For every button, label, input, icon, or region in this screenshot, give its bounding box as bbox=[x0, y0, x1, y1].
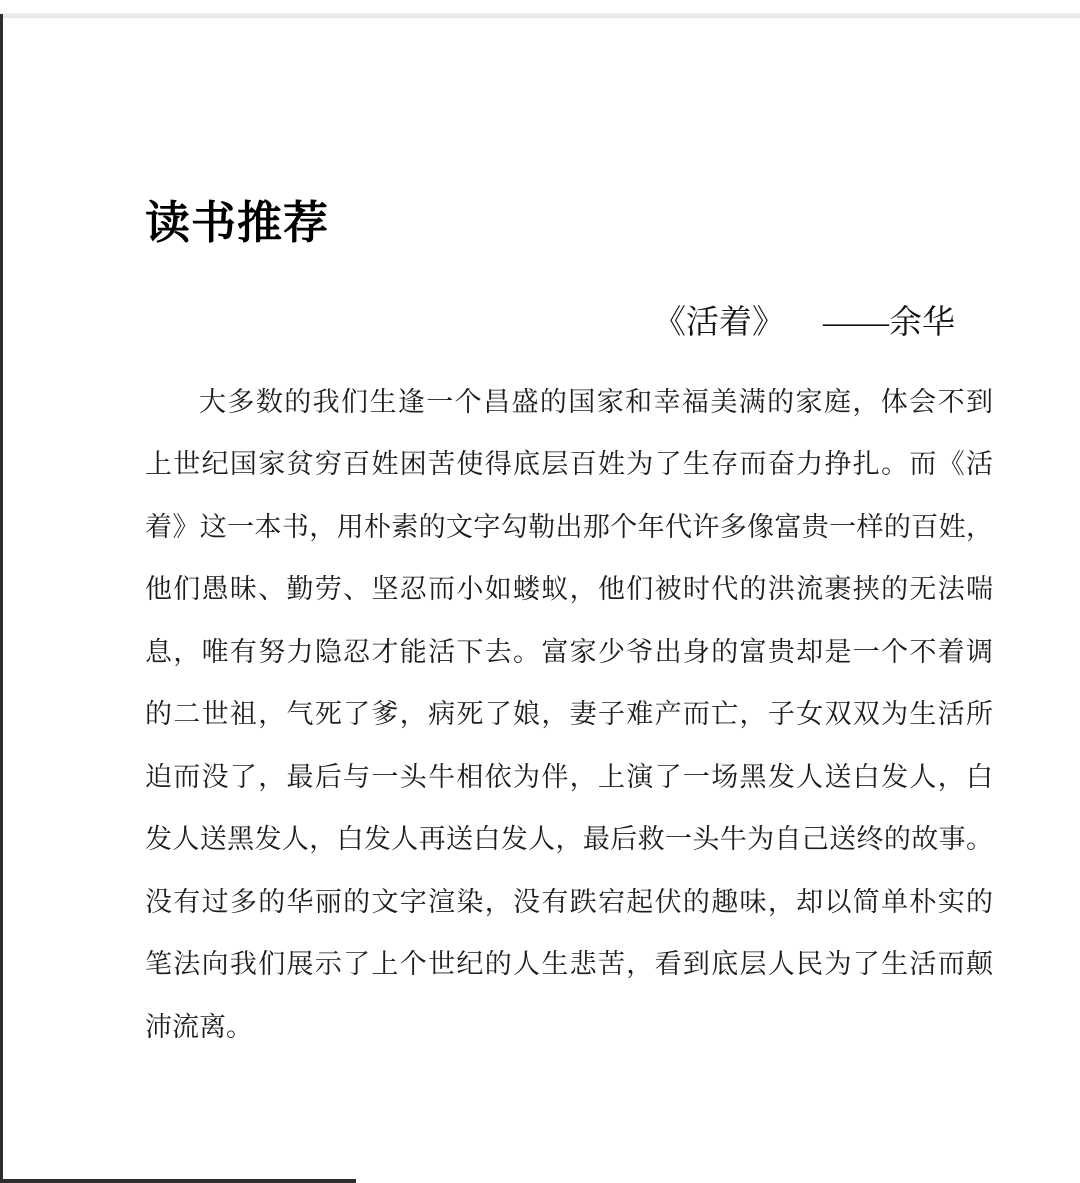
book-title: 《活着》 bbox=[653, 305, 785, 341]
book-header-line: 《活着》——余华 bbox=[145, 302, 993, 345]
article-line: 他们愚昧、勤劳、坚忍而小如蝼蚁，他们被时代的洪流裹挟的无法喘 bbox=[145, 558, 993, 621]
article-body: 大多数的我们生逢一个昌盛的国家和幸福美满的家庭，体会不到 上世纪国家贫穷百姓困苦… bbox=[145, 371, 993, 1059]
article-line: 沛流离。 bbox=[145, 996, 993, 1059]
article-line: 笔法向我们展示了上个世纪的人生悲苦，看到底层人民为了生活而颠 bbox=[145, 933, 993, 996]
article-line: 没有过多的华丽的文字渲染，没有跌宕起伏的趣味，却以简单朴实的 bbox=[145, 871, 993, 934]
author-credit: ——余华 bbox=[823, 305, 955, 341]
article-line: 迫而没了，最后与一头牛相依为伴，上演了一场黑发人送白发人，白 bbox=[145, 746, 993, 809]
scan-bottom-shadow bbox=[0, 1179, 356, 1183]
article-line: 着》这一本书，用朴素的文字勾勒出那个年代许多像富贵一样的百姓， bbox=[145, 496, 993, 559]
article-line: 的二世祖，气死了爹，病死了娘，妻子难产而亡，子女双双为生活所 bbox=[145, 683, 993, 746]
article-line: 发人送黑发人，白发人再送白发人，最后救一头牛为自己送终的故事。 bbox=[145, 808, 993, 871]
article-line: 上世纪国家贫穷百姓困苦使得底层百姓为了生存而奋力挣扎。而《活 bbox=[145, 433, 993, 496]
article-line: 大多数的我们生逢一个昌盛的国家和幸福美满的家庭，体会不到 bbox=[145, 371, 993, 434]
document-page: 读书推荐 《活着》——余华 大多数的我们生逢一个昌盛的国家和幸福美满的家庭，体会… bbox=[145, 0, 993, 1058]
scan-left-edge-line bbox=[0, 14, 3, 1183]
article-line: 息，唯有努力隐忍才能活下去。富家少爷出身的富贵却是一个不着调 bbox=[145, 621, 993, 684]
document-title: 读书推荐 bbox=[145, 196, 993, 250]
